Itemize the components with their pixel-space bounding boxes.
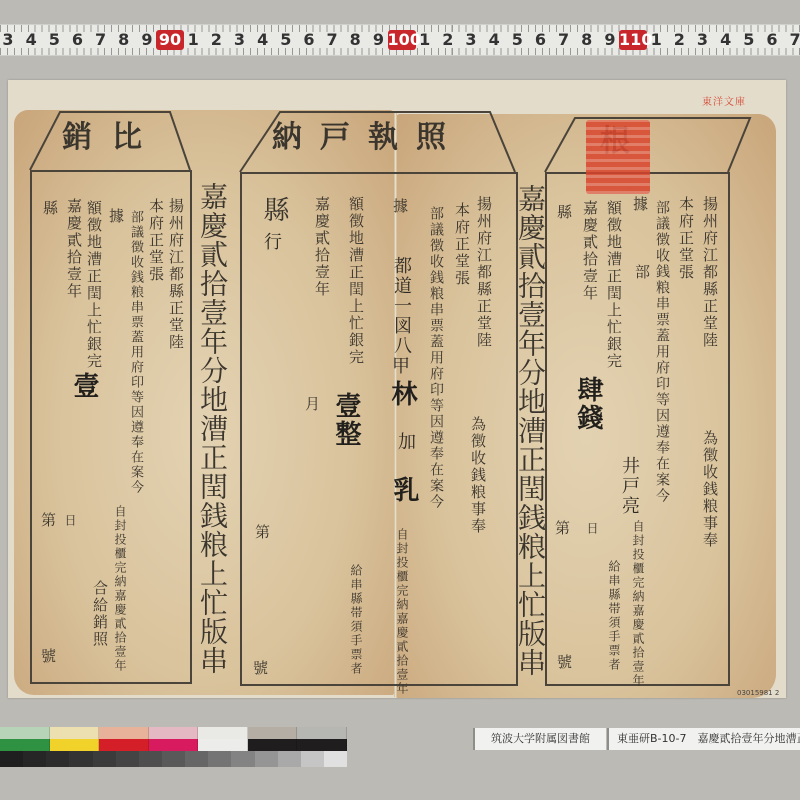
left-col-prefecture: 揚州府江都縣正堂陸 [166,198,187,351]
color-patch [198,727,248,739]
mid-col-amount: 額徴地漕正閏上忙銀完 [346,196,367,366]
left-handwritten-amount: 壹 [66,372,103,400]
color-patch [69,751,92,767]
right-col-bu: 部 [632,264,653,281]
color-patches-light [0,727,347,739]
left-col-amount: 額徴地漕正閏上忙銀完 [84,200,105,370]
color-calibration-chart [0,727,347,767]
color-patch [255,751,278,767]
color-patch [149,739,199,751]
color-patch [278,751,301,767]
color-patch [231,751,254,767]
right-col-regulation: 部議徴收銭粮串票蓋用府印等因遵奉在案今 [652,200,672,504]
color-patch [324,751,347,767]
color-patch [0,751,23,767]
mid-handwritten-name: 林 [384,380,421,408]
color-patch [50,727,100,739]
left-footer-hao: 號 [38,648,59,665]
mid-handwritten-amount: 壹整 [328,392,365,448]
mid-col-regulation: 部議徴收銭粮串票蓋用府印等因遵奉在案今 [426,206,446,510]
mid-handwritten-xing: 行 [258,232,284,252]
color-patch [93,751,116,767]
color-patch [297,727,347,739]
mid-side-text: 為徴收銭粮事奉 [468,416,489,535]
right-col-county: 縣 [554,204,575,221]
color-patch [301,751,324,767]
color-patch [162,751,185,767]
left-col-year: 嘉慶貳拾壹年 [64,198,85,300]
color-patch [99,739,149,751]
right-handwritten-name: 井戸亮 [616,456,642,516]
color-patch [46,751,69,767]
color-patch [149,727,199,739]
right-col-prefect: 本府正堂張 [676,196,697,281]
mid-col-prefecture: 揚州府江都縣正堂陸 [474,196,495,349]
color-patch [23,751,46,767]
left-col-self-seal: 自封投櫃完納嘉慶貳拾壹年 [112,505,129,673]
color-patch [0,727,50,739]
red-seal [586,120,650,194]
color-patch [50,739,100,751]
right-side-text: 為徴收銭粮事奉 [700,430,721,549]
color-patch [0,739,50,751]
left-footer-issue: 合給銷照 [90,580,111,648]
right-handwritten-amount: 肆錢 [570,376,607,432]
mid-col-county: 縣 [256,196,293,226]
tax-title-column-2: 嘉慶貳拾壹年分地漕正閏銭粮上忙版串 [510,184,550,677]
mid-handwritten-row: 都道一図八 [388,256,414,356]
mid-handwritten-ru: 乳 [386,476,423,504]
color-patches-saturated [0,739,347,751]
left-col-regulation: 部議徴收銭粮串票蓋用府印等因遵奉在案今 [126,210,145,495]
section-title-middle: 納戸執照 [272,112,464,156]
right-col-year: 嘉慶貳拾壹年 [580,200,601,302]
right-col-ju: 據 [630,196,651,213]
mid-footer-month: 月 [302,396,323,413]
right-footer-issue: 給串縣帯須手票者 [606,560,623,672]
left-footer-day: 日 [62,514,79,528]
left-footer-number: 第 [38,512,59,529]
left-col-ju: 據 [106,208,127,225]
mid-col-self-seal: 自封投櫃完納嘉慶貳拾壹年 [394,528,411,696]
color-patch [185,751,208,767]
right-col-self-seal: 自封投櫃完納嘉慶貳拾壹年 [630,520,647,688]
mid-handwritten-jia: 甲 [386,356,412,376]
right-footer-hao: 號 [554,654,575,671]
color-patch [208,751,231,767]
color-patch [248,727,298,739]
right-col-amount: 額徴地漕正閏上忙銀完 [604,200,625,370]
grayscale-strip [0,751,347,767]
color-patch [116,751,139,767]
catalog-number: 03015981 2 [737,689,779,697]
mid-footer-hao: 號 [250,660,271,677]
color-patch [139,751,162,767]
color-patch [248,739,298,751]
left-col-county: 縣 [40,200,61,217]
mid-col-prefect: 本府正堂張 [452,202,473,287]
mid-handwritten-jia2: 加 [392,432,418,452]
color-patch [297,739,347,751]
right-footer-number: 第 [552,520,573,537]
mid-footer-number: 第 [252,524,273,541]
mid-col-year: 嘉慶貳拾壹年 [312,196,333,298]
color-patch [99,727,149,739]
tax-title-column-1: 嘉慶貳拾壹年分地漕正閏銭粮上忙版串 [192,182,232,675]
color-patch [198,739,248,751]
mid-col-ju: 據 [390,198,411,215]
right-footer-day: 日 [584,522,601,536]
left-col-prefect: 本府正堂張 [146,198,167,283]
record-label: 東亜研B-10-7 嘉慶貳拾壹年分地漕正閏銭粮上忙版串 [609,728,800,750]
right-col-prefecture: 揚州府江都縣正堂陸 [700,196,721,349]
mid-footer-issue: 給串縣帯須手票者 [348,564,365,676]
section-title-left: 銷比 [62,112,162,156]
library-label: 筑波大学附属図書館 [475,728,606,750]
